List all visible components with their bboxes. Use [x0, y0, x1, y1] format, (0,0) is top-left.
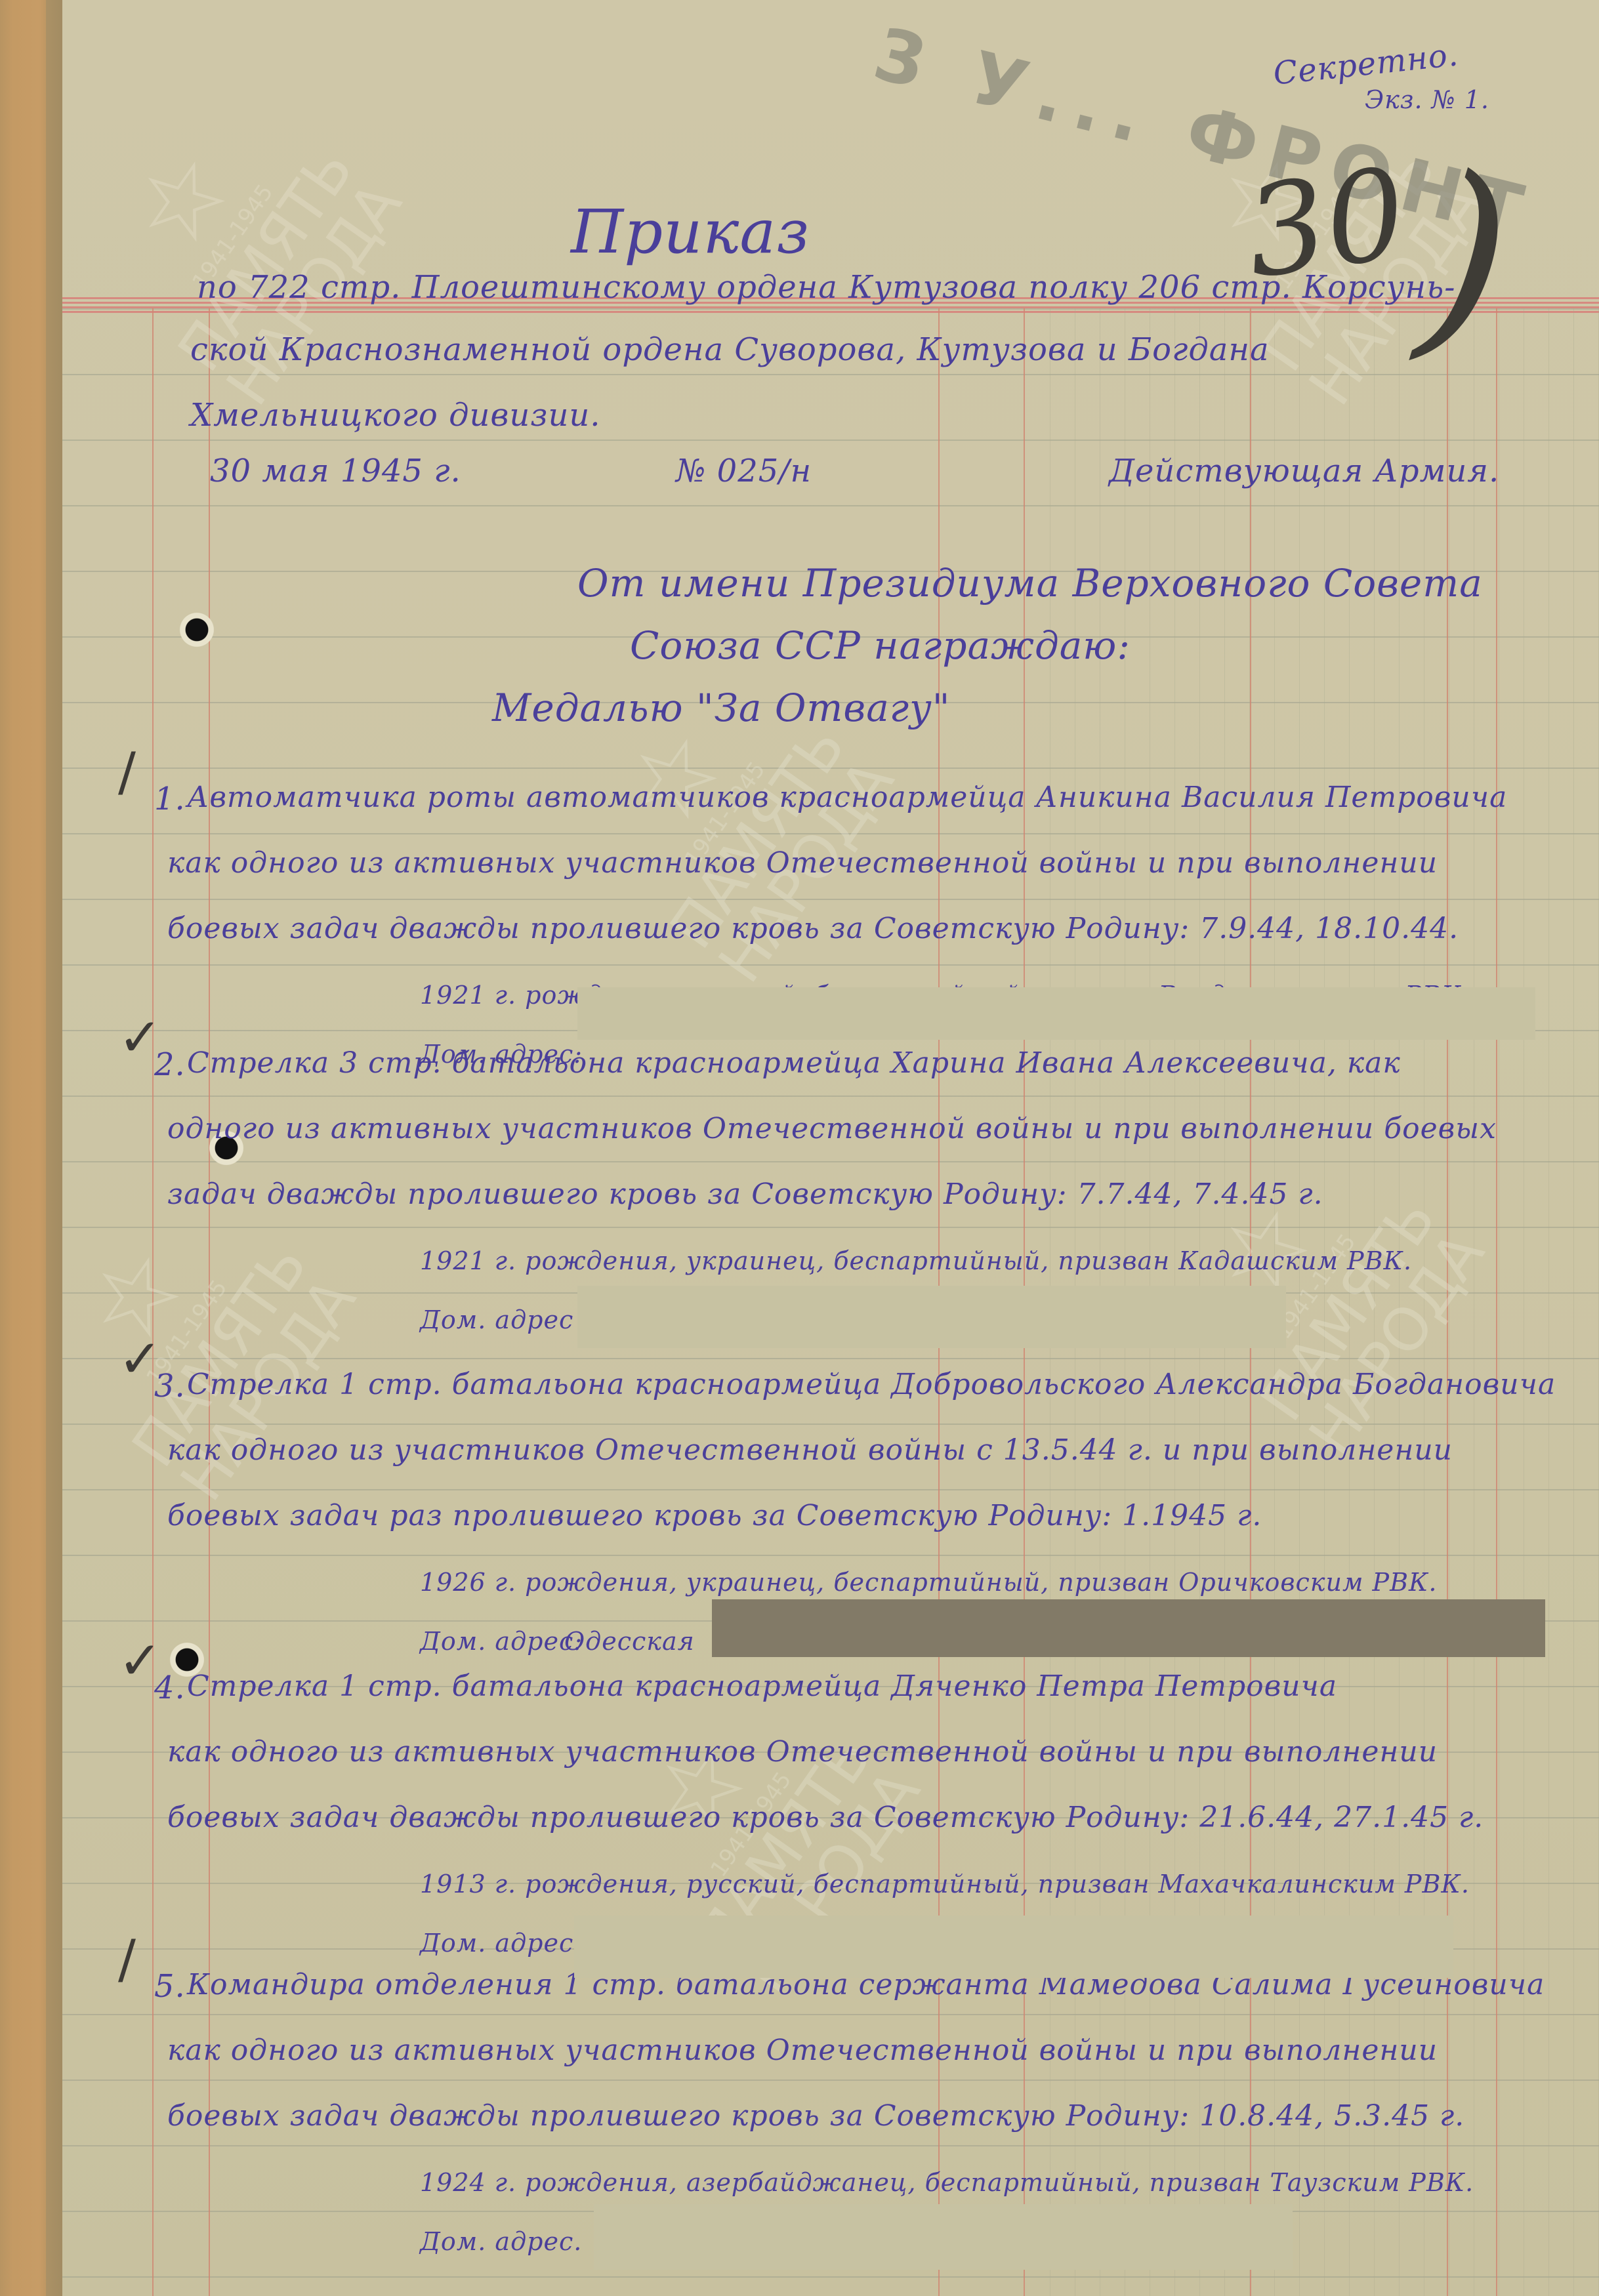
- preamble-line-2: Союза ССР награждаю:: [630, 623, 1131, 668]
- ruled-line: [62, 2276, 1599, 2278]
- entry-bio: 1921 г. рождения, украинец, беспартийный…: [420, 1246, 1412, 1275]
- entry-line-2: как одного из участников Отечественной в…: [167, 1433, 1453, 1467]
- ruled-line: [62, 899, 1599, 900]
- entry-line-1: Стрелка 1 стр. батальона красноармейца Д…: [187, 1368, 1556, 1401]
- entry-line-3: задач дважды пролившего кровь за Советск…: [167, 1178, 1323, 1211]
- ruled-line: [62, 2014, 1599, 2015]
- ruled-line: [62, 505, 1599, 506]
- entry-bio: 1926 г. рождения, украинец, беспартийный…: [420, 1568, 1438, 1597]
- entry-line-3: боевых задач дважды пролившего кровь за …: [167, 1801, 1484, 1834]
- redacted-address: [577, 1286, 1286, 1348]
- entry-line-1: Автоматчика роты автоматчиков красноарме…: [187, 781, 1507, 814]
- entry-number: 5.: [154, 1968, 186, 2005]
- redacted-address: [577, 987, 1535, 1040]
- ruled-line: [62, 964, 1599, 966]
- entry-line-2: как одного из активных участников Отечес…: [167, 2034, 1438, 2067]
- entry-number: 2.: [154, 1046, 186, 1083]
- page-title: Приказ: [571, 197, 810, 267]
- check-mark: /: [118, 741, 136, 802]
- order-location: Действующая Армия.: [1109, 453, 1499, 489]
- ruled-line: [62, 2145, 1599, 2146]
- preamble-line-1: От имени Президиума Верховного Совета: [577, 561, 1483, 605]
- faint-rule: [1573, 308, 1574, 2296]
- entry-bio: 1924 г. рождения, азербайджанец, беспарт…: [420, 2168, 1474, 2197]
- ruled-line: [62, 440, 1599, 441]
- binding-edge: [46, 0, 62, 2296]
- entry-address-label: Дом. адрес:: [420, 1627, 583, 1656]
- entry-address-label: Дом. адрес.: [420, 1929, 582, 1958]
- entry-line-3: боевых задач дважды пролившего кровь за …: [167, 2099, 1464, 2133]
- entry-line-1: Стрелка 1 стр. батальона красноармейца Д…: [187, 1670, 1337, 1703]
- ruled-line: [62, 2080, 1599, 2081]
- order-header-line-2: ской Краснознаменной ордена Суворова, Ку…: [190, 331, 1270, 368]
- entry-number: 4.: [154, 1670, 186, 1706]
- order-header-line-1: по 722 стр. Плоештинскому ордена Кутузов…: [197, 269, 1455, 306]
- award-heading: Медалью "За Отвагу": [492, 686, 950, 730]
- entry-address-label: Дом. адрес: [420, 1305, 573, 1334]
- entry-line-2: как одного из активных участников Отечес…: [167, 846, 1438, 880]
- copy-number: Экз. № 1.: [1365, 85, 1489, 114]
- entry-line-3: боевых задач раз пролившего кровь за Сов…: [167, 1499, 1262, 1532]
- redacted-address: [712, 1599, 1545, 1657]
- ruled-line: [62, 1555, 1599, 1556]
- entry-line-1: Стрелка 3 стр. батальона красноармейца Х…: [187, 1046, 1401, 1080]
- entry-line-2: одного из активных участников Отечествен…: [167, 1112, 1497, 1145]
- redacted-address: [594, 2204, 1293, 2270]
- check-mark: /: [118, 1929, 136, 1990]
- entry-number: 1.: [154, 781, 186, 817]
- entry-line-2: как одного из активных участников Отечес…: [167, 1735, 1438, 1769]
- faint-rule: [1548, 308, 1549, 2296]
- ruled-line: [62, 1096, 1599, 1097]
- entry-bio: 1913 г. рождения, русский, беспартийный,…: [420, 1870, 1470, 1898]
- ruled-line: [62, 1161, 1599, 1162]
- punch-hole: [177, 610, 217, 649]
- order-date: 30 мая 1945 г.: [210, 453, 461, 489]
- ruled-line: [62, 1489, 1599, 1490]
- order-header-line-3: Хмельницкого дивизии.: [190, 397, 601, 434]
- order-number: № 025/н: [676, 453, 812, 489]
- entry-line-3: боевых задач дважды пролившего кровь за …: [167, 912, 1459, 945]
- entry-number: 3.: [154, 1368, 186, 1404]
- entry-address-label: Дом. адрес.: [420, 2227, 582, 2256]
- entry-address-value: Одесская: [564, 1627, 695, 1656]
- redacted-address: [574, 1916, 1453, 1978]
